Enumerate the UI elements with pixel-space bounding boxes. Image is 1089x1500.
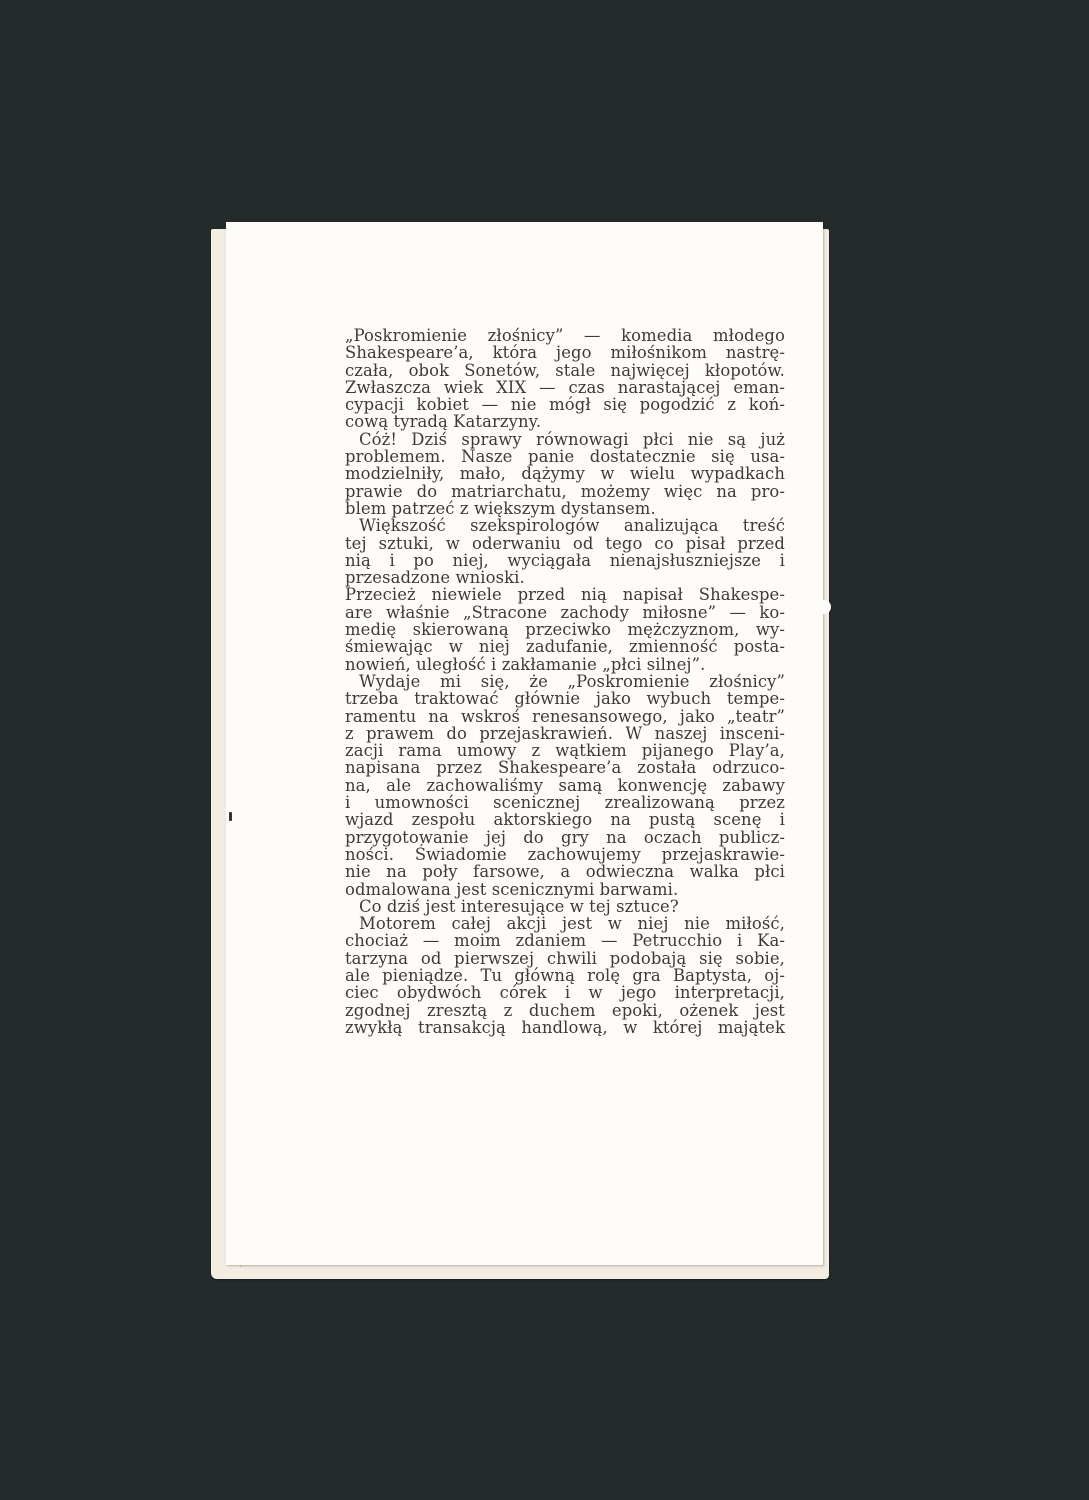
text-line: nowień, uległość i zakłamanie „płci siln… <box>345 656 785 673</box>
text-line: odmalowana jest scenicznymi barwami. <box>345 881 785 898</box>
text-line: trzeba traktować głównie jako wybuch tem… <box>345 690 785 707</box>
paragraph: Motorem całej akcji jest w niej nie miło… <box>345 915 785 1036</box>
text-line: zacji rama umowy z wątkiem pijanego Play… <box>345 742 785 759</box>
text-line: cową tyradą Katarzyny. <box>345 413 785 430</box>
text-line: przygotowanie jej do gry na oczach publi… <box>345 829 785 846</box>
paragraph: Wydaje mi się, że „Poskromienie złośnicy… <box>345 673 785 898</box>
text-line: tarzyna od pierwszej chwili podobają się… <box>345 950 785 967</box>
text-line: problemem. Nasze panie dostatecznie się … <box>345 448 785 465</box>
text-line: are właśnie „Stracone zachody miłosne” —… <box>345 604 785 621</box>
text-line: Przecież niewiele przed nią napisał Shak… <box>345 586 785 603</box>
text-line: ale pieniądze. Tu główną rolę gra Baptys… <box>345 967 785 984</box>
text-line: śmiewając w niej zadufanie, zmienność po… <box>345 638 785 655</box>
paragraph: „Poskromienie złośnicy” — komedia młodeg… <box>345 327 785 431</box>
text-line: prawie do matriarchatu, możemy więc na p… <box>345 483 785 500</box>
text-line: nie na poły farsowe, a odwieczna walka p… <box>345 863 785 880</box>
paragraph: Co dziś jest interesujące w tej sztuce? <box>345 898 785 915</box>
text-line: na, ale zachowaliśmy samą konwencję zaba… <box>345 777 785 794</box>
paragraph: Większość szekspirologów analizująca tre… <box>345 517 785 586</box>
text-line: zwykłą transakcją handlową, w której maj… <box>345 1019 785 1036</box>
text-line: czała, obok Sonetów, stale najwięcej kło… <box>345 362 785 379</box>
text-line: zgodnej zresztą z duchem epoki, ożenek j… <box>345 1002 785 1019</box>
text-line: napisana przez Shakespeare’a została odr… <box>345 759 785 776</box>
text-line: Motorem całej akcji jest w niej nie miło… <box>345 915 785 932</box>
paper-notch <box>823 600 831 614</box>
text-line: wjazd zespołu aktorskiego na pustą scenę… <box>345 811 785 828</box>
document-body-text: „Poskromienie złośnicy” — komedia młodeg… <box>345 327 785 1036</box>
text-line: ramentu na wskroś renesansowego, jako „t… <box>345 708 785 725</box>
text-line: medię skierowaną przeciwko mężczyznom, w… <box>345 621 785 638</box>
margin-ink-mark <box>229 812 232 821</box>
paragraph: Cóż! Dziś sprawy równowagi płci nie są j… <box>345 431 785 517</box>
text-line: tej sztuki, w oderwaniu od tego co pisał… <box>345 535 785 552</box>
text-line: Cóż! Dziś sprawy równowagi płci nie są j… <box>345 431 785 448</box>
text-line: „Poskromienie złośnicy” — komedia młodeg… <box>345 327 785 344</box>
text-line: cypacji kobiet — nie mógł się pogodzić z… <box>345 396 785 413</box>
text-line: Co dziś jest interesujące w tej sztuce? <box>345 898 785 915</box>
text-line: ciec obydwóch córek i w jego interpretac… <box>345 984 785 1001</box>
text-line: Wydaje mi się, że „Poskromienie złośnicy… <box>345 673 785 690</box>
text-line: modzielniły, mało, dążymy w wielu wypadk… <box>345 465 785 482</box>
text-line: blem patrzeć z większym dystansem. <box>345 500 785 517</box>
text-line: Większość szekspirologów analizująca tre… <box>345 517 785 534</box>
text-line: Zwłaszcza wiek XIX — czas narastającej e… <box>345 379 785 396</box>
text-line: nią i po niej, wyciągała nienajsłuszniej… <box>345 552 785 569</box>
text-line: z prawem do przejaskrawień. W naszej ins… <box>345 725 785 742</box>
text-line: przesadzone wnioski. <box>345 569 785 586</box>
text-line: chociaż — moim zdaniem — Petrucchio i Ka… <box>345 932 785 949</box>
text-line: i umowności scenicznej zrealizowaną prze… <box>345 794 785 811</box>
text-line: Shakespeare’a, która jego miłośnikom nas… <box>345 344 785 361</box>
text-line: ności. Świadomie zachowujemy przejaskraw… <box>345 846 785 863</box>
paragraph: Przecież niewiele przed nią napisał Shak… <box>345 586 785 672</box>
